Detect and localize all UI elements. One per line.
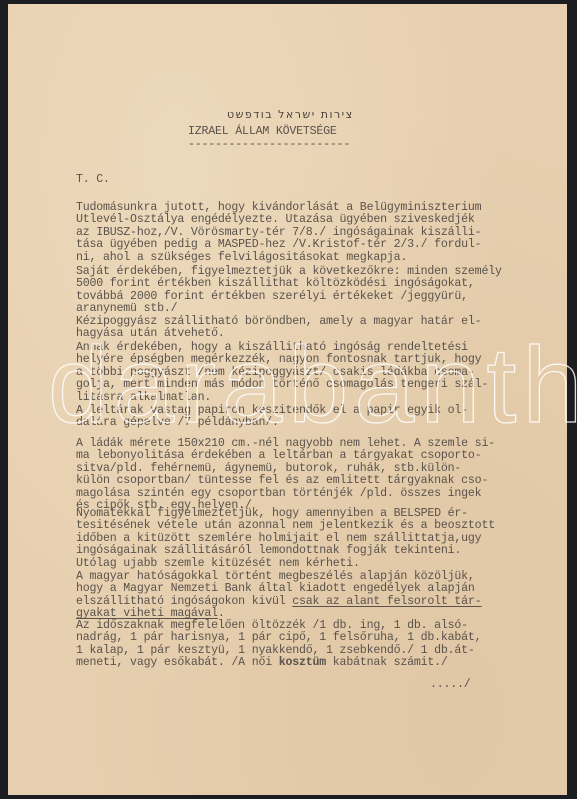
text-line: A magyar hatóságokkal történt megbeszélé… <box>76 570 475 583</box>
paragraph-2: Saját érdekében, figyelmeztetjük a követ… <box>76 266 502 316</box>
text-line: tesitésének vétele után azonnal nem jele… <box>76 519 495 532</box>
paragraph-5: A leltárak vastag papiron készitendők el… <box>76 405 468 430</box>
paragraph-4: Annak érdekében, hogy a kiszállitható in… <box>76 342 488 404</box>
paragraph-1: Tudomásunkra jutott, hogy kivándorlását … <box>76 202 481 264</box>
text-line: helyére épségben megérkezzék, nagyon fon… <box>76 353 481 366</box>
text-line: hagyása után átvehető. <box>76 327 225 340</box>
text-line: Tudomásunkra jutott, hogy kivándorlását … <box>76 201 481 214</box>
text-line: Nyomatékkal figyelmeztetjük, hogy amenny… <box>76 507 468 520</box>
text-line: Utlevél-Osztálya engédélyezte. Utazása ü… <box>76 213 475 226</box>
paragraph-8: A magyar hatóságokkal történt megbeszélé… <box>76 571 481 621</box>
text-line: A ládák mérete 150x210 cm.-nél nagyobb n… <box>76 437 495 450</box>
text-line: nadrág, 1 pár harisnya, 1 pár cipő, 1 fe… <box>76 631 481 644</box>
letterhead-rule: ------------------------ <box>188 139 350 151</box>
text-line: külön csoportban/ tüntesse fel és az eml… <box>76 474 488 487</box>
continuation-mark: ...../ <box>430 679 471 691</box>
text-line: ma lebonyolitása érdekében a leltárban a… <box>76 449 481 462</box>
text-line: golja, mert minden más módon történő cso… <box>76 378 488 391</box>
text-line: időben a kitüzött szemlére holmijait el … <box>76 532 481 545</box>
salutation: T. C. <box>76 174 110 186</box>
paragraph-7: Nyomatékkal figyelmeztetjük, hogy amenny… <box>76 508 495 570</box>
text-line: dalára gépelve /7 példányban/. <box>76 416 279 429</box>
text-line: Annak érdekében, hogy a kiszállitható in… <box>76 341 468 354</box>
text-line: elszállitható ingóságokon kivül <box>76 595 292 608</box>
text-line: Utólag ujabb szemle kitüzését nem kérhet… <box>76 557 360 570</box>
paragraph-3: Kézipoggyász szállitható böröndben, amel… <box>76 316 481 341</box>
text-line: Saját érdekében, figyelmeztetjük a követ… <box>76 265 502 278</box>
text-line: litásra alkalmatlan. <box>76 391 211 404</box>
text-line: Kézipoggyász szállitható böröndben, amel… <box>76 315 481 328</box>
text-line: 5000 forint értékben kiszállithat költöz… <box>76 277 475 290</box>
letterhead-hebrew: צירות ישראל בודפשט <box>227 108 354 121</box>
text-line: meneti, vagy esőkabát. /A női <box>76 656 279 669</box>
text-line: továbbá 2000 forint értékben szerélyi ér… <box>76 290 468 303</box>
text-line: az IBUSZ-hoz,/V. Vörösmarty-tér 7/8./ in… <box>76 226 481 239</box>
text-line: tása ügyében pedig a MASPED-hez /V.Krist… <box>76 238 481 251</box>
text-line: ingóságainak szállitásáról lemondottnak … <box>76 544 461 557</box>
underlined-text: csak az alant felsorolt tár- <box>292 595 481 608</box>
text-line: kabátnak számit./ <box>326 656 448 669</box>
paragraph-9: Az időszaknak megfelelően öltözzék /1 db… <box>76 620 481 670</box>
text-line: a többi poggyászt /nem kézipoggyászt/ cs… <box>76 366 475 379</box>
text-line: hogy a Magyar Nemzeti Bank által kiadott… <box>76 582 475 595</box>
text-line: magolása szintén egy csoportban történjé… <box>76 487 481 500</box>
bold-word: kosztüm <box>279 656 326 669</box>
text-line: ni, ahol a szükséges felvilágositásokat … <box>76 251 407 264</box>
text-line: Az időszaknak megfelelően öltözzék /1 db… <box>76 619 468 632</box>
text-line: sitva/pld. fehérnemü, ágynemü, butorok, … <box>76 462 461 475</box>
letterhead-title: IZRAEL ÁLLAM KÖVETSÉGE <box>188 126 337 138</box>
text-line: aranynemü stb./ <box>76 302 177 315</box>
text-line: 1 kalap, 1 pár kesztyü, 1 nyakkendő, 1 z… <box>76 644 475 657</box>
text-line: A leltárak vastag papiron készitendők el… <box>76 404 468 417</box>
paragraph-6: A ládák mérete 150x210 cm.-nél nagyobb n… <box>76 438 495 512</box>
